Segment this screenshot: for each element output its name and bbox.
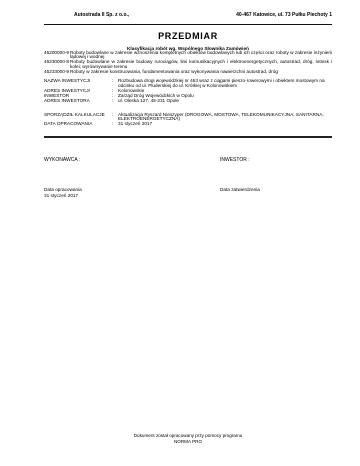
date-prepared: Data opracowania 31 styczeń 2017 (44, 187, 82, 198)
detail-label: DATA OPRACOWANIA (44, 122, 112, 127)
date-approved-label: Data zatwierdzenia (220, 187, 260, 193)
section-divider (44, 136, 332, 138)
company-name: Autostrada II Sp. z o.o., (74, 13, 129, 19)
page-header: Autostrada II Sp. z o.o., 40-467 Katowic… (44, 13, 332, 19)
document-page: Autostrada II Sp. z o.o., 40-467 Katowic… (0, 0, 360, 466)
detail-value: Rozbudowa drogi wojewódzkiej nr 463 wraz… (118, 79, 332, 89)
footer-program-name: NORMA PRO (44, 439, 332, 445)
detail-row-investor-address: ADRES INWESTORA : ul. Oleska 127, 45-231… (44, 99, 332, 104)
detail-value: 31 styczeń 2017 (118, 122, 332, 127)
page-content: Autostrada II Sp. z o.o., 40-467 Katowic… (44, 0, 332, 138)
company-address: 40-467 Katowice, ul. 73 Pułku Piechoty 1 (236, 13, 332, 19)
cpv-description: Roboty w zakresie konstruowania, fundame… (70, 70, 332, 75)
header-divider (44, 24, 332, 25)
investor-signature-label: INWESTOR : (220, 158, 250, 164)
footer-note: Dokument został opracowany przy pomocy p… (44, 433, 332, 445)
detail-label: ADRES INWESTORA (44, 99, 112, 104)
date-prepared-value: 31 styczeń 2017 (44, 193, 82, 199)
classification-item: 45233000-9 Roboty w zakresie konstruowan… (44, 70, 332, 75)
detail-value: ul. Oleska 127, 45-231 Opole (118, 99, 332, 104)
investment-details: NAZWA INWESTYCJI : Rozbudowa drogi wojew… (44, 79, 332, 127)
date-prepared-label: Data opracowania (44, 187, 82, 193)
cpv-code: 45233000-9 (44, 70, 70, 75)
contractor-signature-label: WYKONAWCA : (44, 158, 80, 164)
document-title: PRZEDMIAR (44, 31, 332, 41)
detail-row-preparation-date: DATA OPRACOWANIA : 31 styczeń 2017 (44, 122, 332, 127)
